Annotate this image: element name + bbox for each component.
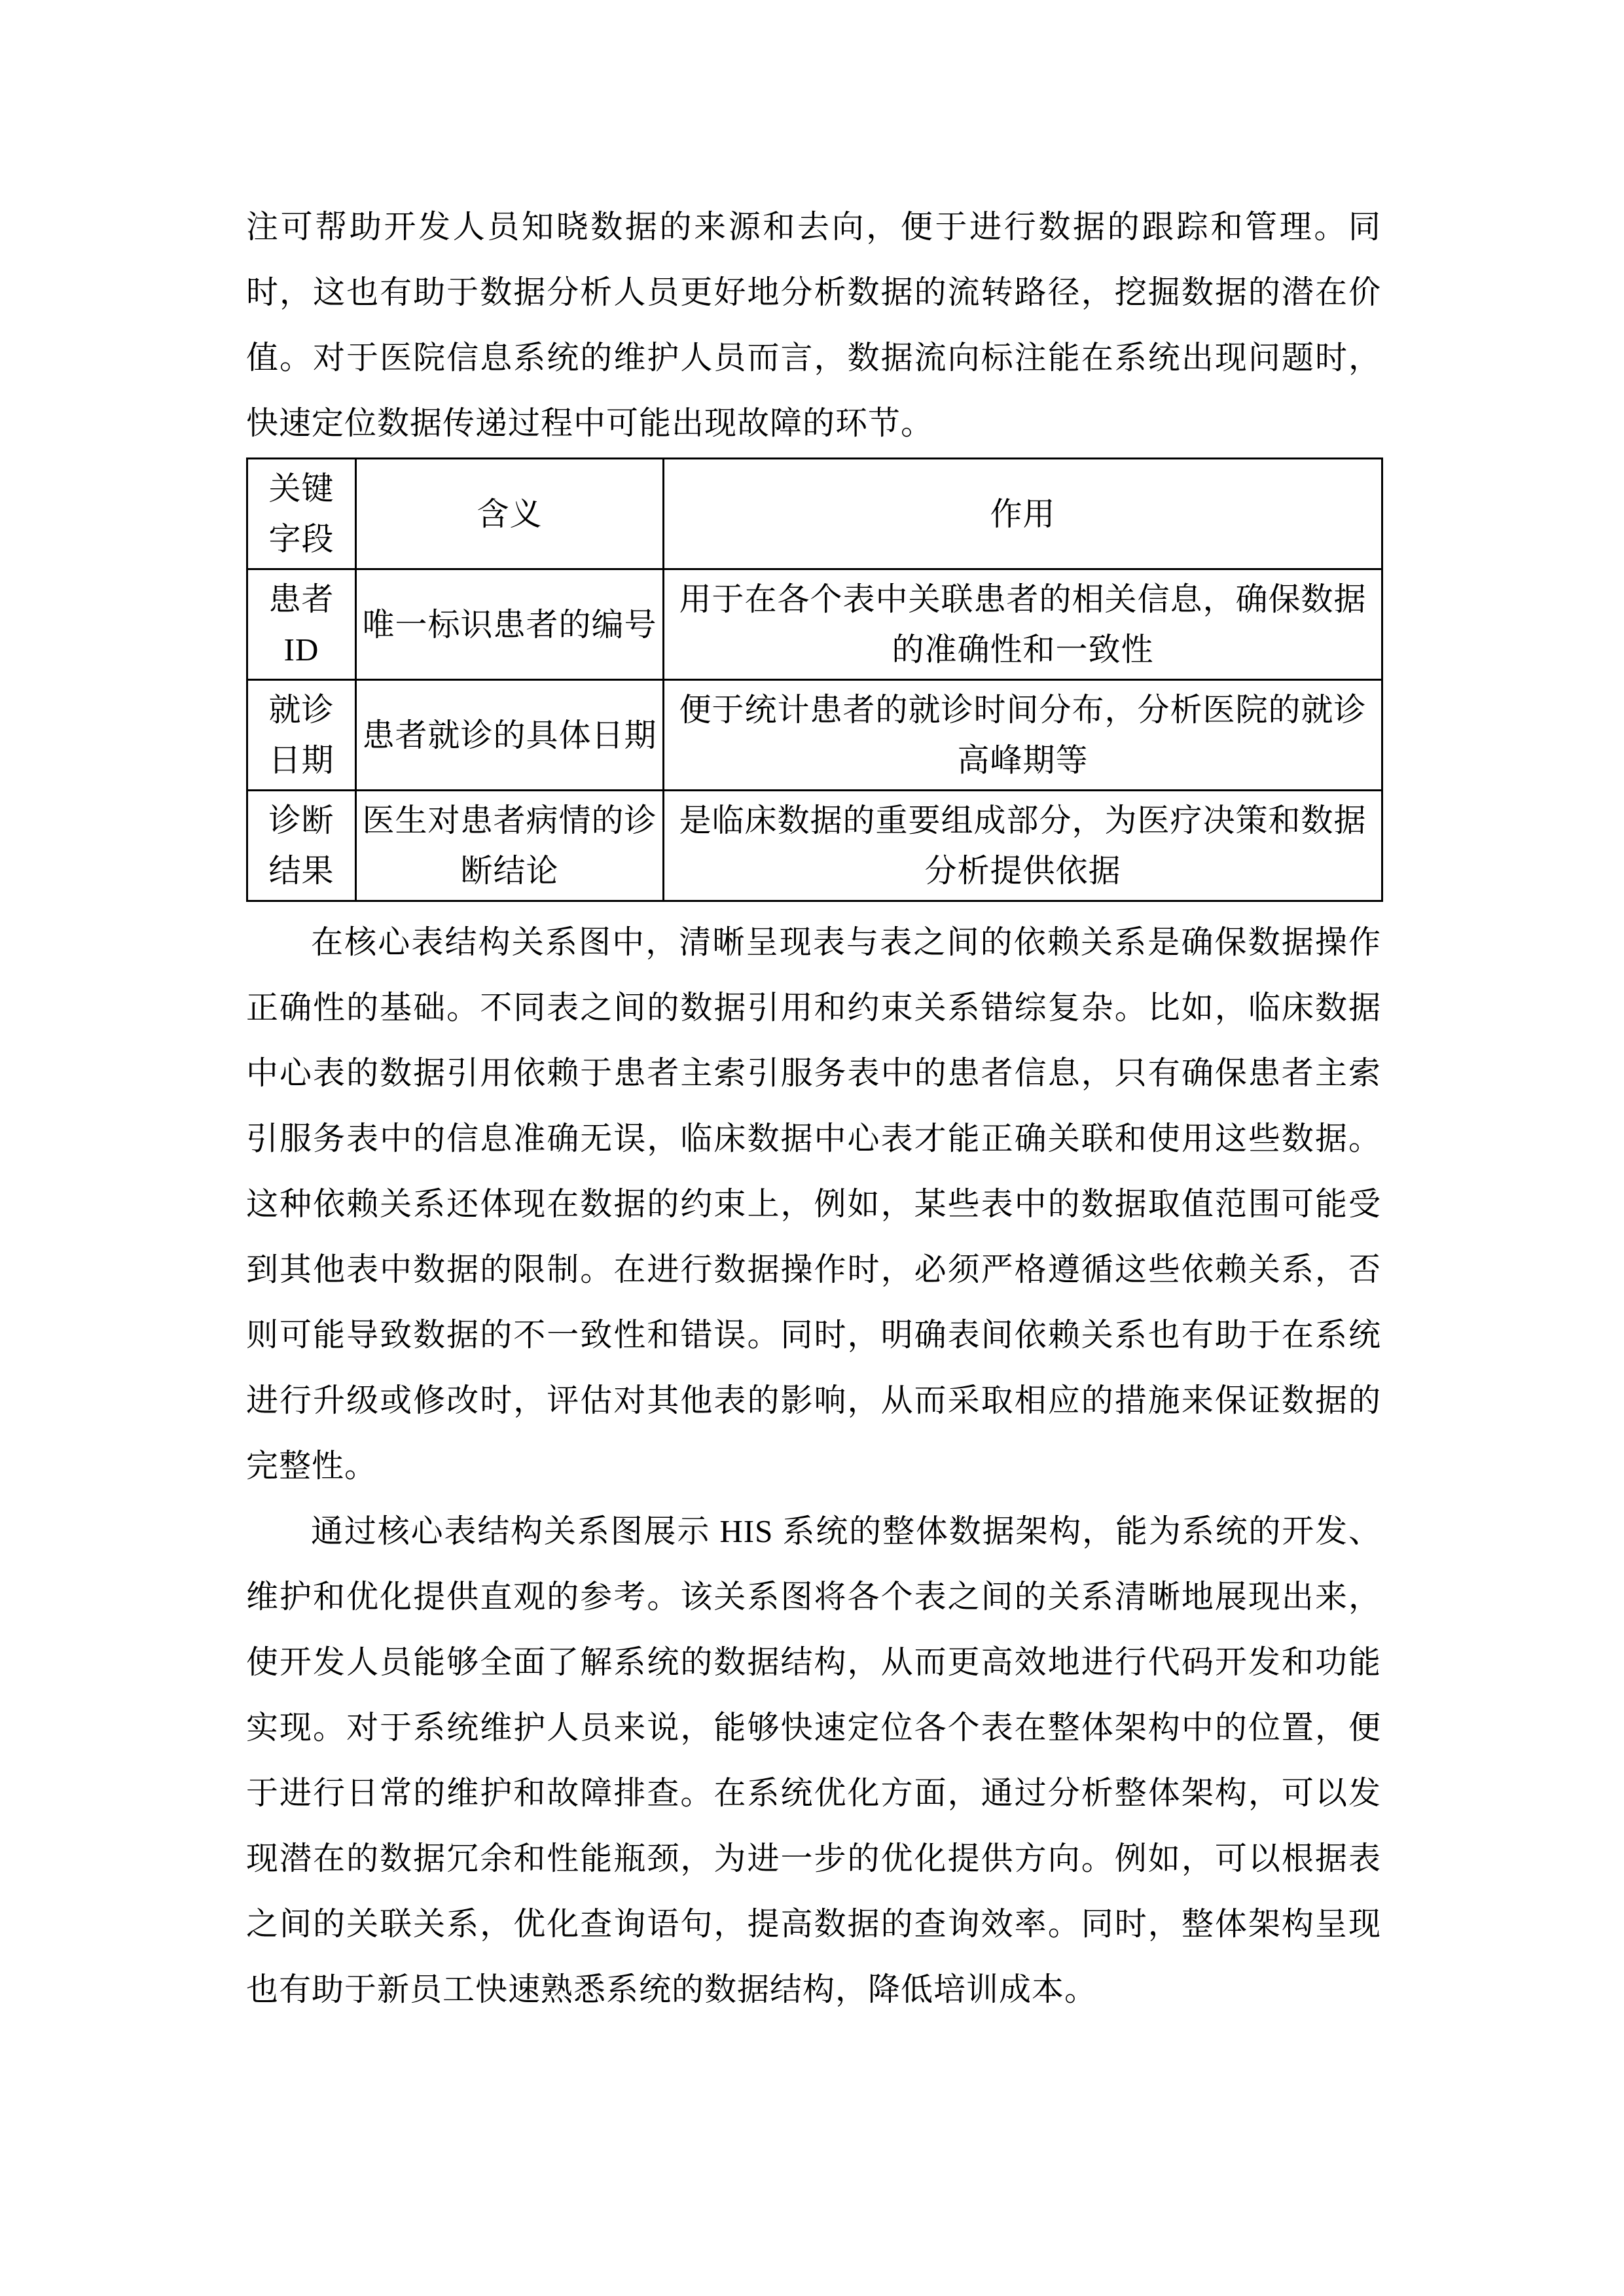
table-row-patient-id: 患者ID 唯一标识患者的编号 用于在各个表中关联患者的相关信息，确保数据的准确性… bbox=[247, 569, 1382, 680]
cell-meaning-diagnosis-result: 医生对患者病情的诊断结论 bbox=[356, 791, 664, 901]
document-page: 注可帮助开发人员知晓数据的来源和去向，便于进行数据的跟踪和管理。同时，这也有助于… bbox=[0, 0, 1624, 2296]
table-row-diagnosis-result: 诊断结果 医生对患者病情的诊断结论 是临床数据的重要组成部分，为医疗决策和数据分… bbox=[247, 791, 1382, 901]
cell-field-visit-date: 就诊日期 bbox=[247, 680, 356, 791]
paragraph-table-dependency: 在核心表结构关系图中，清晰呈现表与表之间的依赖关系是确保数据操作正确性的基础。不… bbox=[246, 910, 1381, 1499]
cell-role-patient-id: 用于在各个表中关联患者的相关信息，确保数据的准确性和一致性 bbox=[664, 569, 1382, 680]
key-fields-table: 关键字段 含义 作用 患者ID 唯一标识患者的编号 用于在各个表中关联患者的相关… bbox=[246, 457, 1383, 902]
cell-field-patient-id: 患者ID bbox=[247, 569, 356, 680]
table-row-visit-date: 就诊日期 患者就诊的具体日期 便于统计患者的就诊时间分布，分析医院的就诊高峰期等 bbox=[247, 680, 1382, 791]
header-cell-meaning: 含义 bbox=[356, 459, 664, 569]
header-cell-key-field: 关键字段 bbox=[247, 459, 356, 569]
cell-field-diagnosis-result: 诊断结果 bbox=[247, 791, 356, 901]
cell-meaning-patient-id: 唯一标识患者的编号 bbox=[356, 569, 664, 680]
cell-role-diagnosis-result: 是临床数据的重要组成部分，为医疗决策和数据分析提供依据 bbox=[664, 791, 1382, 901]
document-content: 注可帮助开发人员知晓数据的来源和去向，便于进行数据的跟踪和管理。同时，这也有助于… bbox=[246, 194, 1381, 2022]
paragraph-overall-architecture: 通过核心表结构关系图展示 HIS 系统的整体数据架构，能为系统的开发、维护和优化… bbox=[246, 1499, 1381, 2022]
table-header-row: 关键字段 含义 作用 bbox=[247, 459, 1382, 569]
paragraph-data-flow-annotation: 注可帮助开发人员知晓数据的来源和去向，便于进行数据的跟踪和管理。同时，这也有助于… bbox=[246, 194, 1381, 456]
header-cell-role: 作用 bbox=[664, 459, 1382, 569]
cell-meaning-visit-date: 患者就诊的具体日期 bbox=[356, 680, 664, 791]
cell-role-visit-date: 便于统计患者的就诊时间分布，分析医院的就诊高峰期等 bbox=[664, 680, 1382, 791]
